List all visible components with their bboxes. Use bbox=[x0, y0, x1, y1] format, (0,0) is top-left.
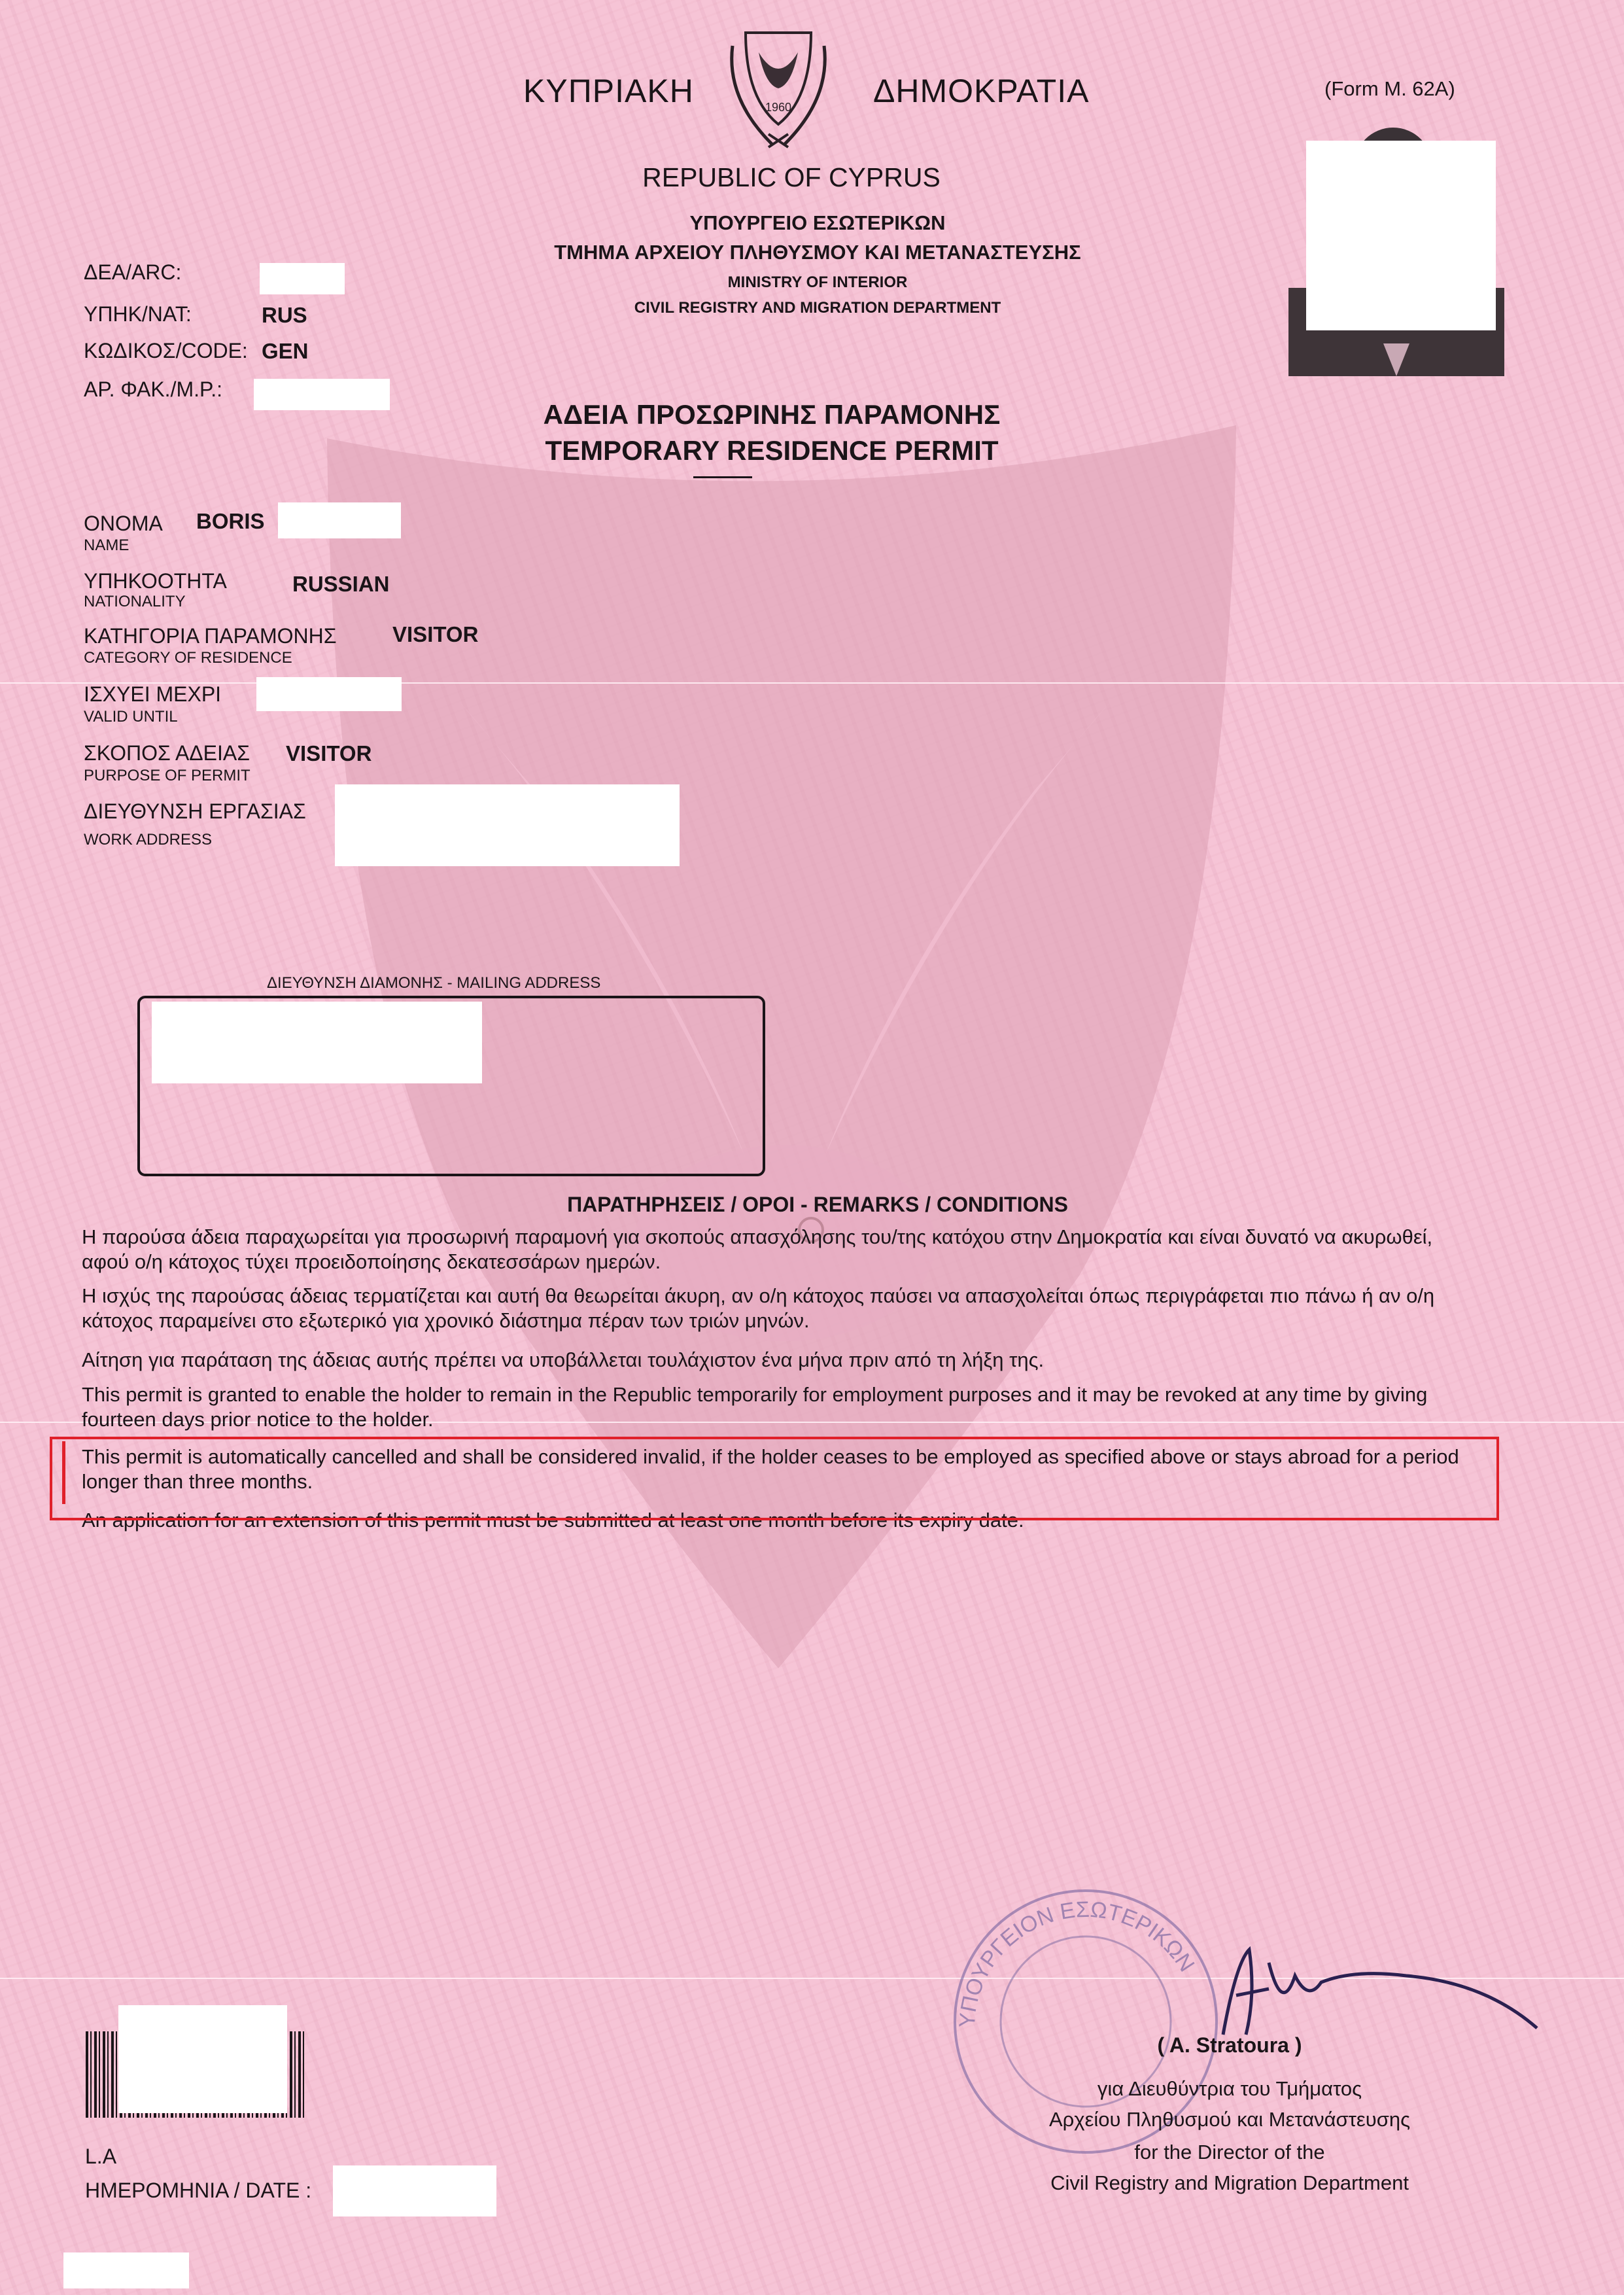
nationality-label-en: NATIONALITY bbox=[84, 593, 186, 611]
barcode-redacted bbox=[118, 2005, 287, 2113]
initials: L.A bbox=[85, 2145, 116, 2169]
signatory-title-gr-2: Αρχείου Πληθυσμού και Μετανάστευσης bbox=[1020, 2108, 1439, 2131]
purpose-label-en: PURPOSE OF PERMIT bbox=[84, 767, 251, 785]
highlight-box bbox=[50, 1437, 1499, 1520]
form-number: (Form M. 62A) bbox=[1324, 77, 1455, 101]
category-value: VISITOR bbox=[392, 622, 478, 647]
department-greek: ΤΜΗΜΑ ΑΡΧΕΙΟΥ ΠΛΗΘΥΣΜΟΥ ΚΑΙ ΜΕΤΑΝΑΣΤΕΥΣΗ… bbox=[458, 241, 1177, 264]
signatory-title-en-1: for the Director of the bbox=[1020, 2141, 1439, 2164]
nationality-value: RUSSIAN bbox=[292, 572, 390, 597]
remarks-heading: ΠΑΡΑΤΗΡΗΣΕΙΣ / ΟΡΟΙ - REMARKS / CONDITIO… bbox=[366, 1193, 1269, 1217]
date-label: ΗΜΕΡΟΜΗΝΙΑ / DATE : bbox=[85, 2179, 311, 2203]
work-address-label-en: WORK ADDRESS bbox=[84, 831, 212, 849]
nat-label: ΥΠΗΚ/NAT: bbox=[84, 302, 192, 326]
purpose-label-gr: ΣΚΟΠΟΣ ΑΔΕΙΑΣ bbox=[84, 741, 250, 765]
category-label-gr: ΚΑΤΗΓΟΡΙΑ ΠΑΡΑΜΟΝΗΣ bbox=[84, 624, 337, 648]
fold-crease bbox=[0, 682, 1624, 684]
valid-until-label-gr: ΙΣΧΥΕΙ ΜΕΧΡΙ bbox=[84, 682, 221, 707]
signatory-name: ( A. Stratoura ) bbox=[1033, 2033, 1426, 2058]
valid-until-redacted bbox=[256, 677, 402, 711]
remark-greek-2: Η ισχύς της παρούσας άδειας τερματίζεται… bbox=[82, 1284, 1481, 1333]
title-underline bbox=[693, 476, 752, 478]
ministry-greek: ΥΠΟΥΡΓΕΙΟ ΕΣΩΤΕΡΙΚΩΝ bbox=[458, 211, 1177, 235]
title-english: TEMPORARY RESIDENCE PERMIT bbox=[504, 435, 1040, 466]
file-number-redacted bbox=[254, 379, 390, 410]
cyprus-emblem-icon: 1960 bbox=[719, 26, 837, 150]
surname-redacted bbox=[278, 502, 401, 538]
remark-greek-1: Η παρούσα άδεια παραχωρείται για προσωρι… bbox=[82, 1225, 1481, 1274]
code-value: GEN bbox=[262, 339, 309, 364]
remark-english-1: This permit is granted to enable the hol… bbox=[82, 1382, 1481, 1432]
category-label-en: CATEGORY OF RESIDENCE bbox=[84, 649, 292, 667]
nat-value: RUS bbox=[262, 303, 307, 328]
nationality-label-gr: ΥΠΗΚΟΟΤΗΤΑ bbox=[84, 569, 227, 593]
photo-redaction bbox=[1306, 141, 1496, 330]
mailing-address-label: ΔΙΕΥΘΥΝΣΗ ΔΙΑΜΟΝΗΣ - MAILING ADDRESS bbox=[267, 974, 600, 992]
name-label-en: NAME bbox=[84, 536, 129, 555]
svg-text:1960: 1960 bbox=[765, 101, 791, 114]
country-name-english: REPUBLIC OF CYPRUS bbox=[569, 162, 1014, 193]
country-name-greek-left: ΚΥΠΡΙΑΚΗ bbox=[523, 72, 694, 110]
name-value: BORIS bbox=[196, 509, 265, 534]
arc-value-redacted bbox=[260, 263, 345, 294]
arc-label: ΔΕΑ/ARC: bbox=[84, 260, 181, 285]
signatory-title-gr-1: για Διευθύντρια του Τμήματος bbox=[1020, 2077, 1439, 2101]
work-address-redacted bbox=[335, 784, 680, 866]
mailing-address-redacted bbox=[152, 1002, 482, 1083]
holder-photo bbox=[1288, 128, 1504, 379]
signatory-title-en-2: Civil Registry and Migration Department bbox=[1020, 2171, 1439, 2195]
highlight-marker bbox=[62, 1441, 65, 1504]
valid-until-label-en: VALID UNTIL bbox=[84, 708, 178, 726]
title-greek: ΑΔΕΙΑ ΠΡΟΣΩΡΙΝΗΣ ΠΑΡΑΜΟΝΗΣ bbox=[504, 399, 1040, 430]
name-label-gr: ONOMA bbox=[84, 512, 163, 536]
ministry-english: MINISTRY OF INTERIOR bbox=[458, 273, 1177, 292]
code-label: ΚΩΔΙΚΟΣ/CODE: bbox=[84, 339, 248, 363]
date-redacted bbox=[333, 2165, 496, 2216]
department-english: CIVIL REGISTRY AND MIGRATION DEPARTMENT bbox=[458, 299, 1177, 317]
reference-redacted bbox=[63, 2252, 189, 2288]
remark-greek-3: Αίτηση για παράταση της άδειας αυτής πρέ… bbox=[82, 1348, 1481, 1373]
work-address-label-gr: ΔΙΕΥΘΥΝΣΗ ΕΡΓΑΣΙΑΣ bbox=[84, 799, 306, 824]
file-number-label: ΑΡ. ΦΑΚ./M.P.: bbox=[84, 377, 222, 402]
country-name-greek-right: ΔΗΜΟΚΡΑΤΙΑ bbox=[873, 72, 1089, 110]
purpose-value: VISITOR bbox=[286, 741, 371, 766]
